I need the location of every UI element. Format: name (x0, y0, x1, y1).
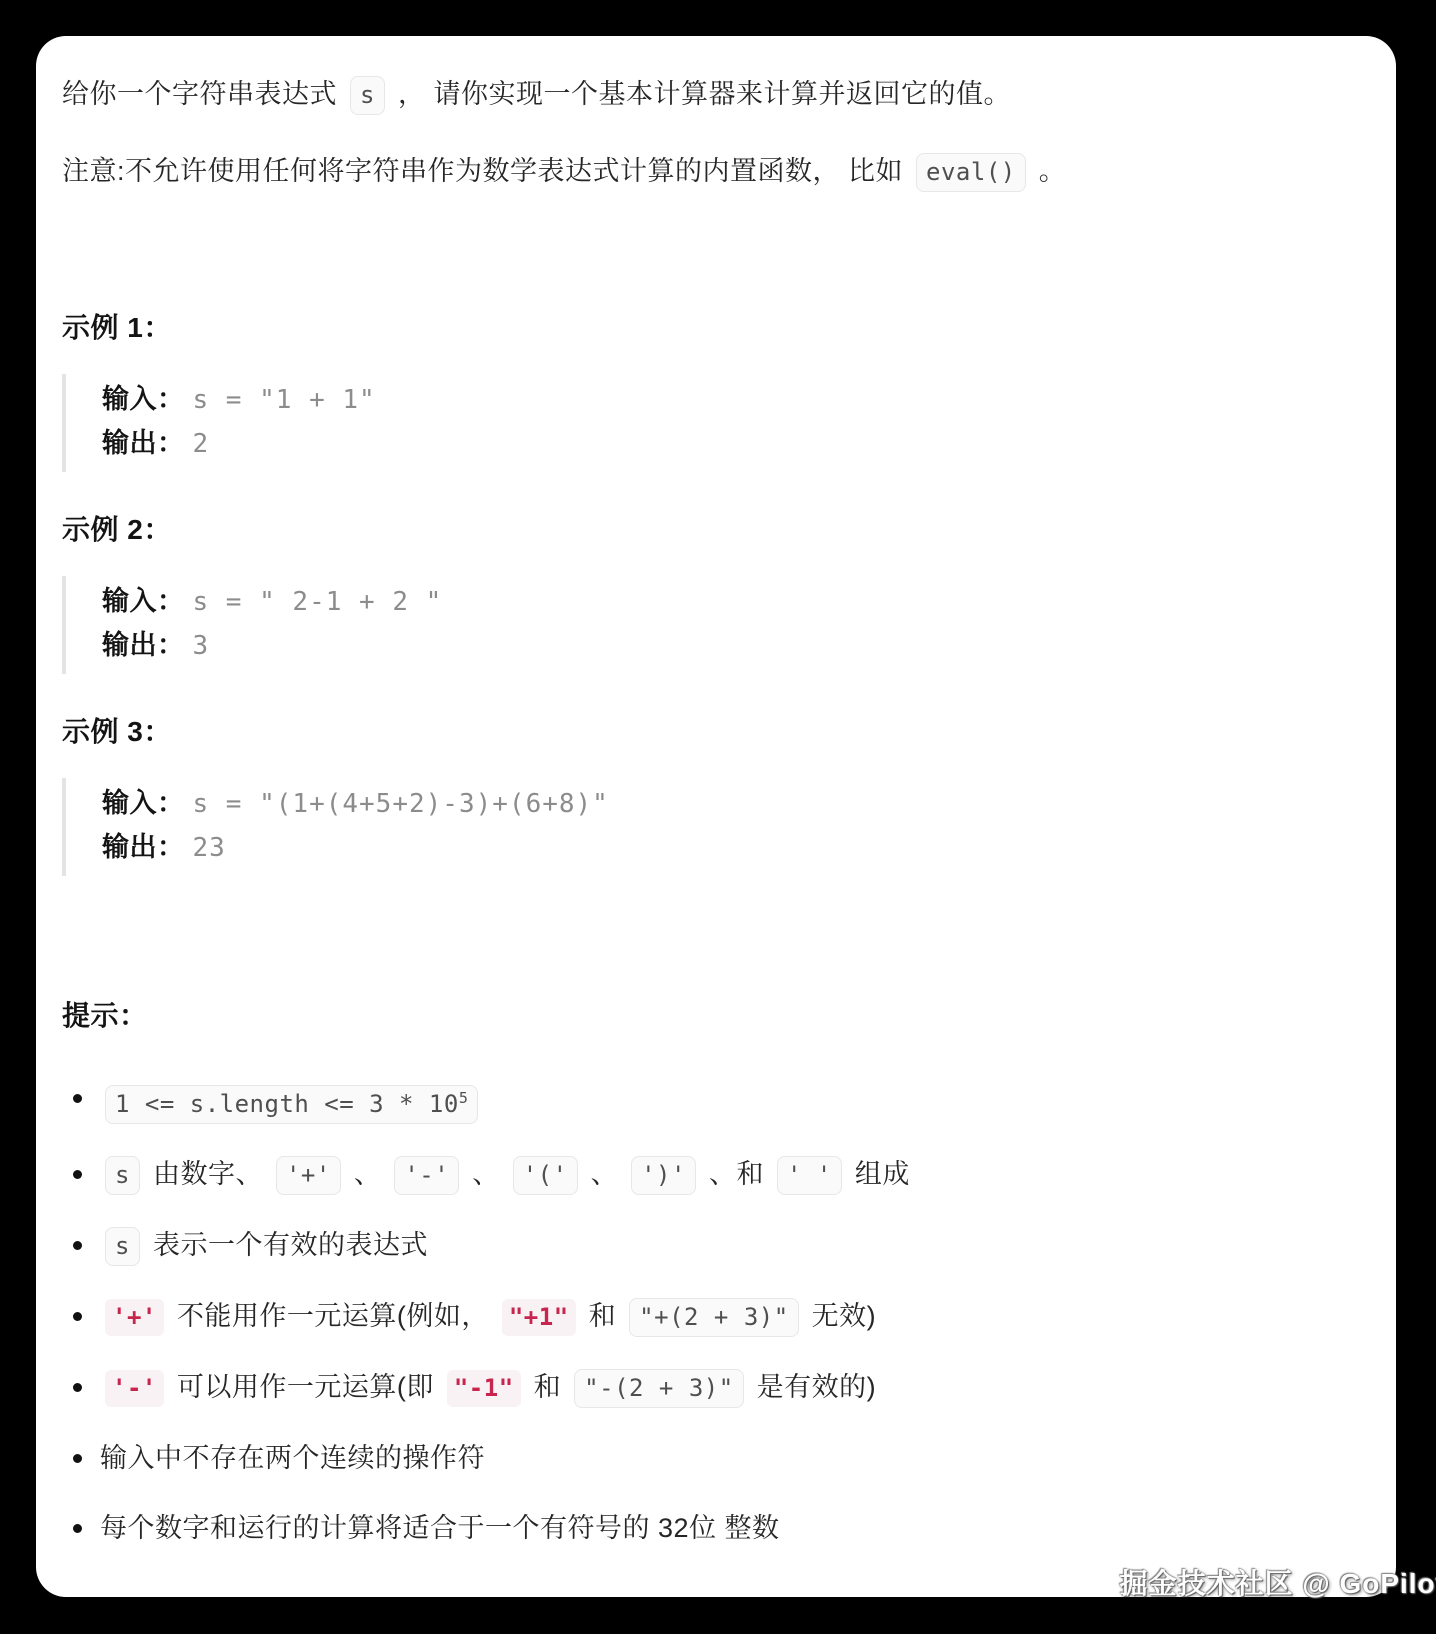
text-segment: 不能用作一元运算(例如， (169, 1301, 497, 1331)
input-value: s = " 2-1 + 2 " (193, 587, 443, 617)
hint-item: 输入中不存在两个连续的操作符 (62, 1436, 1368, 1480)
text-segment: 组成 (847, 1159, 910, 1189)
output-value: 3 (193, 631, 210, 661)
text-segment: ， 请你实现一个基本计算器来计算并返回它的值。 (390, 79, 1011, 109)
output-label: 输出： (102, 832, 185, 862)
input-label: 输入： (102, 788, 185, 818)
text-segment: 表示一个有效的表达式 (145, 1230, 428, 1260)
example-1-block: 输入：s = "1 + 1" 输出：2 (62, 374, 1368, 472)
inline-code: ' ' (777, 1156, 842, 1195)
input-label: 输入： (102, 586, 185, 616)
example-3-input-line: 输入：s = "(1+(4+5+2)-3)+(6+8)" (102, 782, 1368, 826)
output-label: 输出： (102, 630, 185, 660)
inline-code: '+' (276, 1156, 341, 1195)
hint-item: '+' 不能用作一元运算(例如， "+1" 和 "+(2 + 3)" 无效) (62, 1294, 1368, 1339)
text-segment: 是有效的) (749, 1372, 877, 1402)
hint-item: s 表示一个有效的表达式 (62, 1223, 1368, 1268)
example-1-input-line: 输入：s = "1 + 1" (102, 378, 1368, 422)
problem-card: 给你一个字符串表达式 s ， 请你实现一个基本计算器来计算并返回它的值。 注意:… (36, 36, 1396, 1597)
output-value: 23 (193, 833, 226, 863)
example-2-input-line: 输入：s = " 2-1 + 2 " (102, 580, 1368, 624)
inline-code-red: '+' (105, 1299, 164, 1336)
text-segment: 和 (526, 1372, 570, 1402)
inline-code: s (105, 1227, 140, 1266)
inline-code: eval() (916, 153, 1026, 192)
output-value: 2 (193, 429, 210, 459)
text-segment: 和 (581, 1301, 625, 1331)
inline-code: ')' (631, 1156, 696, 1195)
inline-code-red: '-' (105, 1370, 164, 1407)
text-segment: 由数字、 (145, 1159, 271, 1189)
text-segment: 。 (1031, 156, 1067, 186)
inline-code: "+(2 + 3)" (629, 1298, 799, 1337)
example-3-output-line: 输出：23 (102, 826, 1368, 870)
hints-title: 提示： (62, 996, 1368, 1036)
input-label: 输入： (102, 384, 185, 414)
inline-code: '(' (513, 1156, 578, 1195)
input-value: s = "(1+(4+5+2)-3)+(6+8)" (193, 789, 609, 819)
example-3-title: 示例 3： (62, 712, 1368, 752)
inline-code: s (105, 1156, 140, 1195)
input-value: s = "1 + 1" (193, 385, 376, 415)
text-segment: 、 (464, 1159, 508, 1189)
hint-item: s 由数字、 '+' 、 '-' 、 '(' 、 ')' 、和 ' ' 组成 (62, 1152, 1368, 1197)
superscript: 5 (459, 1089, 469, 1107)
inline-code: s (350, 76, 385, 115)
text-segment: 、和 (701, 1159, 772, 1189)
inline-code: "-(2 + 3)" (574, 1369, 744, 1408)
problem-note: 注意:不允许使用任何将字符串作为数学表达式计算的内置函数， 比如 eval() … (62, 151, 1368, 192)
text-segment: 给你一个字符串表达式 (62, 79, 345, 109)
watermark: 掘金技术社区 @ GoPilot (1120, 1562, 1436, 1602)
text-segment: 输入中不存在两个连续的操作符 (100, 1443, 485, 1473)
text-segment: 注意:不允许使用任何将字符串作为数学表达式计算的内置函数， 比如 (62, 156, 911, 186)
example-1-title: 示例 1： (62, 308, 1368, 348)
inline-code: 1 <= s.length <= 3 * 105 (105, 1085, 478, 1124)
example-3-block: 输入：s = "(1+(4+5+2)-3)+(6+8)" 输出：23 (62, 778, 1368, 876)
text-segment: 可以用作一元运算(即 (169, 1372, 442, 1402)
hints-list: 1 <= s.length <= 3 * 105s 由数字、 '+' 、 '-'… (62, 1076, 1368, 1550)
output-label: 输出： (102, 428, 185, 458)
inline-code-red: "-1" (447, 1370, 521, 1407)
example-2-block: 输入：s = " 2-1 + 2 " 输出：3 (62, 576, 1368, 674)
text-segment: 、 (583, 1159, 627, 1189)
inline-code: '-' (394, 1156, 459, 1195)
hint-item: 1 <= s.length <= 3 * 105 (62, 1076, 1368, 1126)
hint-item: 每个数字和运行的计算将适合于一个有符号的 32位 整数 (62, 1506, 1368, 1550)
text-segment: 每个数字和运行的计算将适合于一个有符号的 32位 整数 (100, 1513, 780, 1543)
example-2-title: 示例 2： (62, 510, 1368, 550)
example-2-output-line: 输出：3 (102, 624, 1368, 668)
problem-description: 给你一个字符串表达式 s ， 请你实现一个基本计算器来计算并返回它的值。 (62, 74, 1368, 115)
text-segment: 、 (346, 1159, 390, 1189)
inline-code-red: "+1" (502, 1299, 576, 1336)
text-segment: 无效) (804, 1301, 877, 1331)
hint-item: '-' 可以用作一元运算(即 "-1" 和 "-(2 + 3)" 是有效的) (62, 1365, 1368, 1410)
example-1-output-line: 输出：2 (102, 422, 1368, 466)
